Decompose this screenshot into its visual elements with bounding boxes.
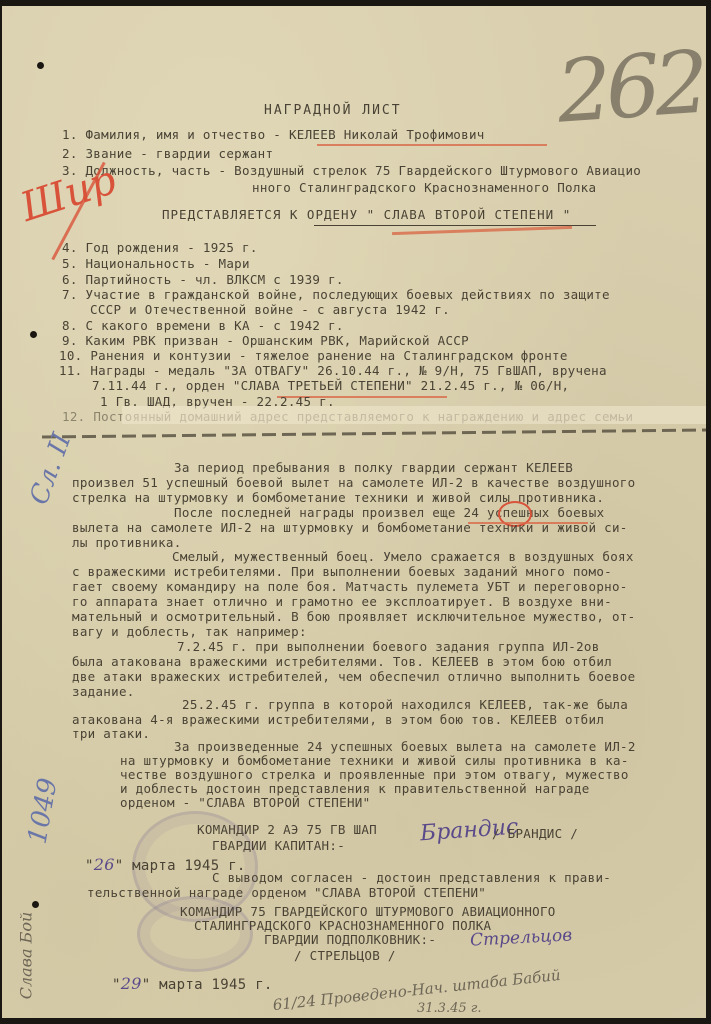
narrative-line: на штурмовку и бомбометание техники и жи… (120, 755, 629, 768)
punch-hole (30, 331, 37, 338)
red-underline (317, 144, 547, 146)
field-3-cont: нного Сталинградского Краснознаменного П… (252, 182, 596, 195)
narrative-line: За период пребывания в полку гвардии сер… (174, 462, 573, 475)
field-11-cont: 7.11.44 г., орден "СЛАВА ТРЕТЬЕЙ СТЕПЕНИ… (92, 380, 569, 393)
narrative-line: и доблесть достоин представления к прави… (120, 783, 590, 796)
narrative-line: гает своему командиру на поле боя. Матча… (72, 581, 628, 594)
separator-line (42, 428, 706, 438)
punch-hole (37, 62, 44, 69)
narrative-line: лы противника. (72, 537, 182, 550)
scan-glare (122, 406, 706, 424)
narrative-line: го аппарата знает отлично и грамотно ее … (72, 596, 612, 609)
narrative-line: После последней награды произвел еще 24 … (174, 507, 604, 520)
narrative-line: атакована 4-я вражескими истребителями, … (72, 714, 604, 727)
conclusion-line: тельственной награде орденом "СЛАВА ВТОР… (87, 887, 486, 900)
narrative-line: две атаки вражеских истребителей, чем об… (72, 671, 635, 684)
archive-number: 2621 (554, 29, 706, 142)
presented-to-order: ПРЕДСТАВЛЯЕТСЯ К ОРДЕНУ " СЛАВА ВТОРОЙ С… (162, 209, 571, 222)
commander2-name: / СТРЕЛЬЦОВ / (294, 950, 396, 963)
narrative-line: вылета на самолете ИЛ-2 на штурмовку и б… (72, 522, 628, 535)
field-2: 2. Звание - гвардии сержант (62, 148, 273, 161)
narrative-line: честве воздушного стрелка и проявленные … (120, 769, 629, 782)
conclusion-line: С выводом согласен - достоин представлен… (212, 872, 611, 885)
field-3: 3. Должность, часть - Воздушный стрелок … (62, 165, 641, 178)
commander1-name: / БРАНДИС / (492, 828, 578, 841)
narrative-line: мательный и осмотрительный. В бою проявл… (72, 611, 635, 624)
commander2-title: КОМАНДИР 75 ГВАРДЕЙСКОГО ШТУРМОВОГО АВИА… (180, 906, 556, 919)
field-8: 8. С какого времени в КА - с 1942 г. (62, 320, 344, 333)
field-6: 6. Партийность - чл. ВЛКСМ с 1939 г. (62, 274, 344, 287)
narrative-line: вагу и доблесть, так например: (72, 626, 307, 639)
bottom-processing-date: 31.3.45 г. (417, 1001, 481, 1016)
document-title: НАГРАДНОЙ ЛИСТ (264, 104, 402, 117)
field-4: 4. Год рождения - 1925 г. (62, 242, 258, 255)
narrative-line: задание. (72, 686, 135, 699)
award-sheet-page: 2621 НАГРАДНОЙ ЛИСТ 1. Фамилия, имя и от… (2, 6, 706, 1018)
field-1: 1. Фамилия, имя и отчество - КЕЛЕЕВ Нико… (62, 129, 485, 142)
punch-hole (32, 901, 39, 908)
commander1-title: КОМАНДИР 2 АЭ 75 ГВ ШАП (197, 824, 377, 837)
field-10: 10. Ранения и контузии - тяжелое ранение… (59, 350, 568, 363)
field-7-cont: СССР и Отечественной войне - с августа 1… (90, 304, 450, 317)
red-underline (392, 226, 572, 235)
narrative-line: три атаки. (72, 728, 150, 741)
narrative-line: орденом - "СЛАВА ВТОРОЙ СТЕПЕНИ" (120, 797, 370, 810)
field-9: 9. Каким РВК призван - Оршанским РВК, Ма… (62, 335, 469, 348)
commander2-rank: ГВАРДИИ ПОДПОЛКОВНИК:- (264, 934, 436, 947)
narrative-line: с вражескими истребителями. При выполнен… (72, 566, 612, 579)
field-11: 11. Награды - медаль "ЗА ОТВАГУ" 26.10.4… (59, 365, 607, 378)
field-7: 7. Участие в гражданской войне, последую… (62, 289, 610, 302)
field-5: 5. Национальность - Мари (62, 258, 250, 271)
vertical-margin-note: Слава Бой (16, 912, 35, 1000)
narrative-line: произвел 51 успешный боевой вылет на сам… (72, 477, 635, 490)
commander1-rank: ГВАРДИИ КАПИТАН:- (212, 840, 345, 853)
narrative-line: Смелый, мужественный боец. Умело сражает… (172, 551, 634, 564)
narrative-line: За произведенные 24 успешных боевых выле… (174, 741, 636, 754)
blue-margin-number: 1049 (23, 776, 64, 846)
commander2-date: "29" марта 1945 г. (112, 976, 273, 992)
narrative-line: 7.2.45 г. при выполнении боевого задания… (177, 641, 600, 654)
narrative-line: 25.2.45 г. группа в которой находился КЕ… (182, 699, 628, 712)
commander2-unit: СТАЛИНГРАДСКОГО КРАСНОЗНАМЕННОГО ПОЛКА (194, 920, 491, 933)
commander2-signature: Стрельцов (470, 925, 573, 950)
blue-margin-annotation: Сл. II (24, 429, 77, 508)
narrative-line: была атакована вражескими истребителями.… (72, 656, 612, 669)
